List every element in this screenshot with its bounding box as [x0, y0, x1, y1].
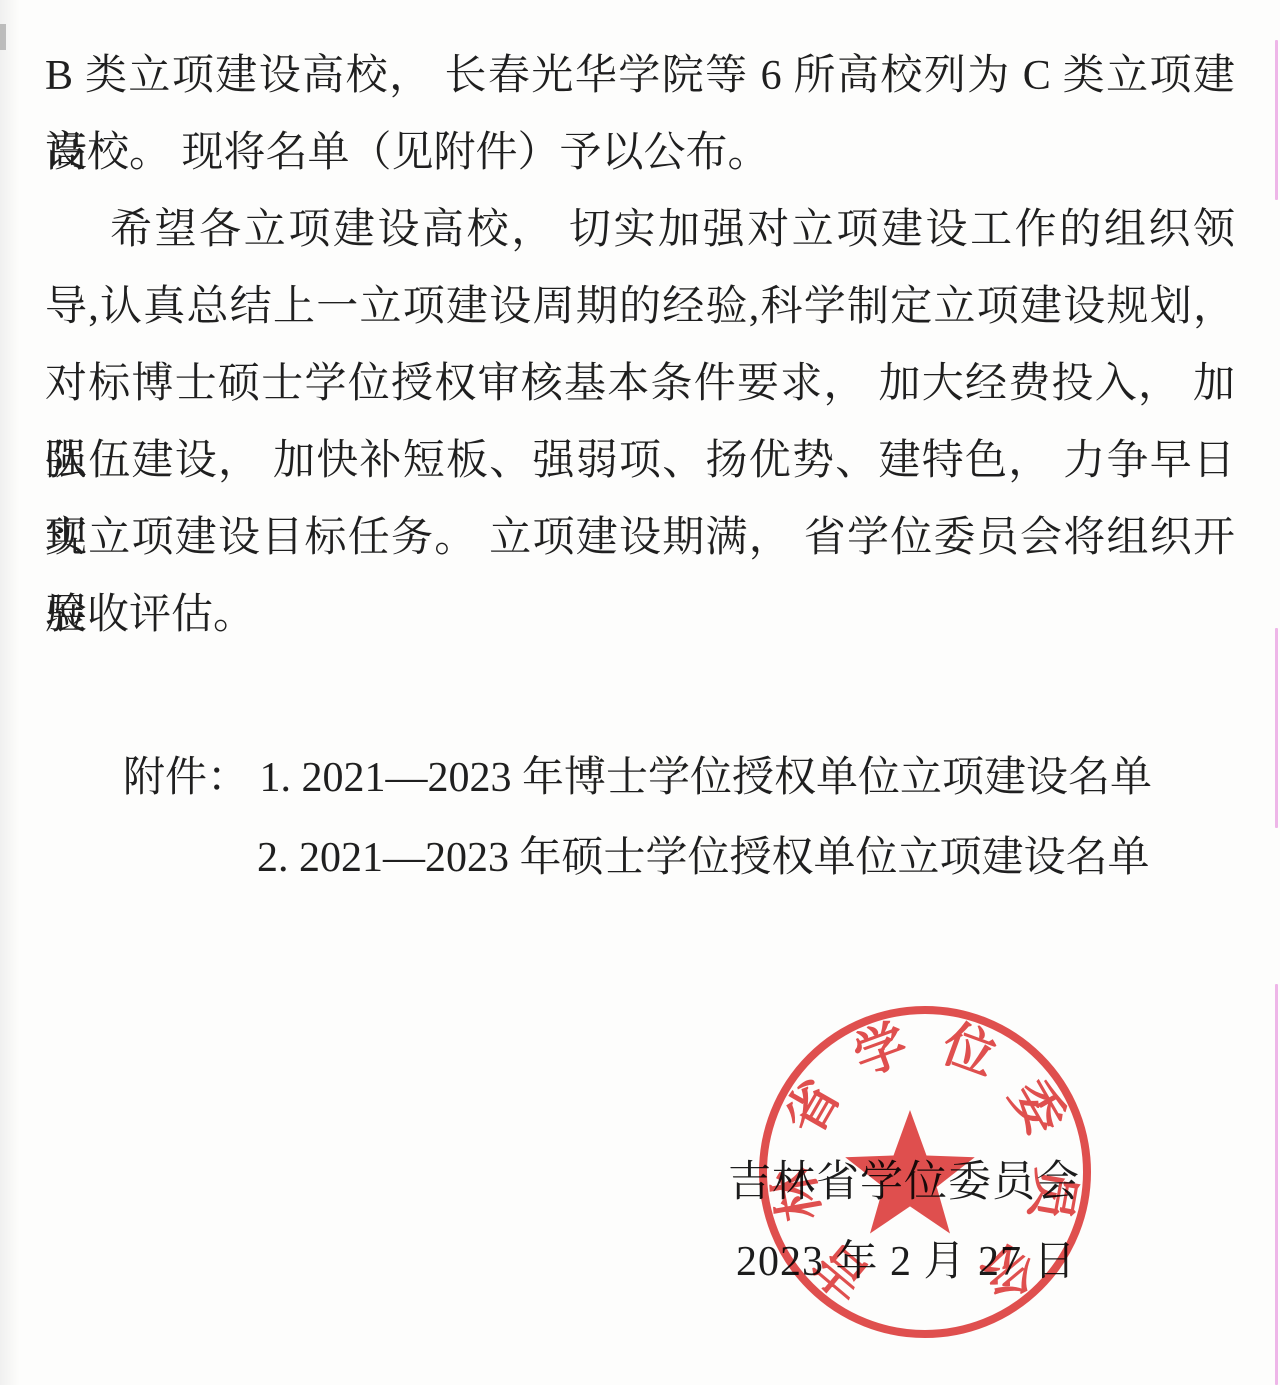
document-page: B 类立项建设高校， 长春光华学院等 6 所高校列为 C 类立项建设 高校。 现… [0, 0, 1280, 1385]
body-line: 希望各立项建设高校， 切实加强对立项建设工作的组织领 [45, 192, 1235, 269]
body-line: 高校。 现将名单（见附件）予以公布。 [45, 115, 1235, 192]
body-line: B 类立项建设高校， 长春光华学院等 6 所高校列为 C 类立项建设 [45, 38, 1235, 115]
body-line: 导,认真总结上一立项建设周期的经验,科学制定立项建设规划， [45, 269, 1235, 346]
scan-artifact-line [1275, 40, 1278, 200]
document-body: B 类立项建设高校， 长春光华学院等 6 所高校列为 C 类立项建设 高校。 现… [45, 38, 1235, 654]
scan-artifact-line [1275, 984, 1278, 1385]
body-line: 现立项建设目标任务。 立项建设期满， 省学位委员会将组织开展 [45, 500, 1235, 577]
seal-text-char: 位 [935, 1015, 1004, 1087]
scan-artifact-smudge [0, 24, 6, 50]
seal-text-char: 学 [847, 1015, 916, 1087]
seal-text-char: 委 [999, 1070, 1075, 1144]
scan-artifact-line [1275, 628, 1278, 828]
attachment-list: 附件： 1. 2021—2023 年博士学位授权单位立项建设名单 2. 2021… [45, 738, 1235, 898]
issue-date: 2023 年 2 月 27 日 [736, 1228, 1077, 1288]
body-line: 验收评估。 [45, 577, 1235, 654]
attachment-item-2: 2. 2021—2023 年硕士学位授权单位立项建设名单 [45, 818, 1235, 898]
seal-text-char: 省 [775, 1070, 851, 1144]
attachment-item-1: 附件： 1. 2021—2023 年博士学位授权单位立项建设名单 [45, 738, 1235, 818]
body-line: 对标博士硕士学位授权审核基本条件要求， 加大经费投入， 加强 [45, 346, 1235, 423]
issuing-authority: 吉林省学位委员会 [728, 1148, 1080, 1209]
body-line: 队伍建设， 加快补短板、强弱项、扬优势、建特色， 力争早日实 [45, 423, 1235, 500]
